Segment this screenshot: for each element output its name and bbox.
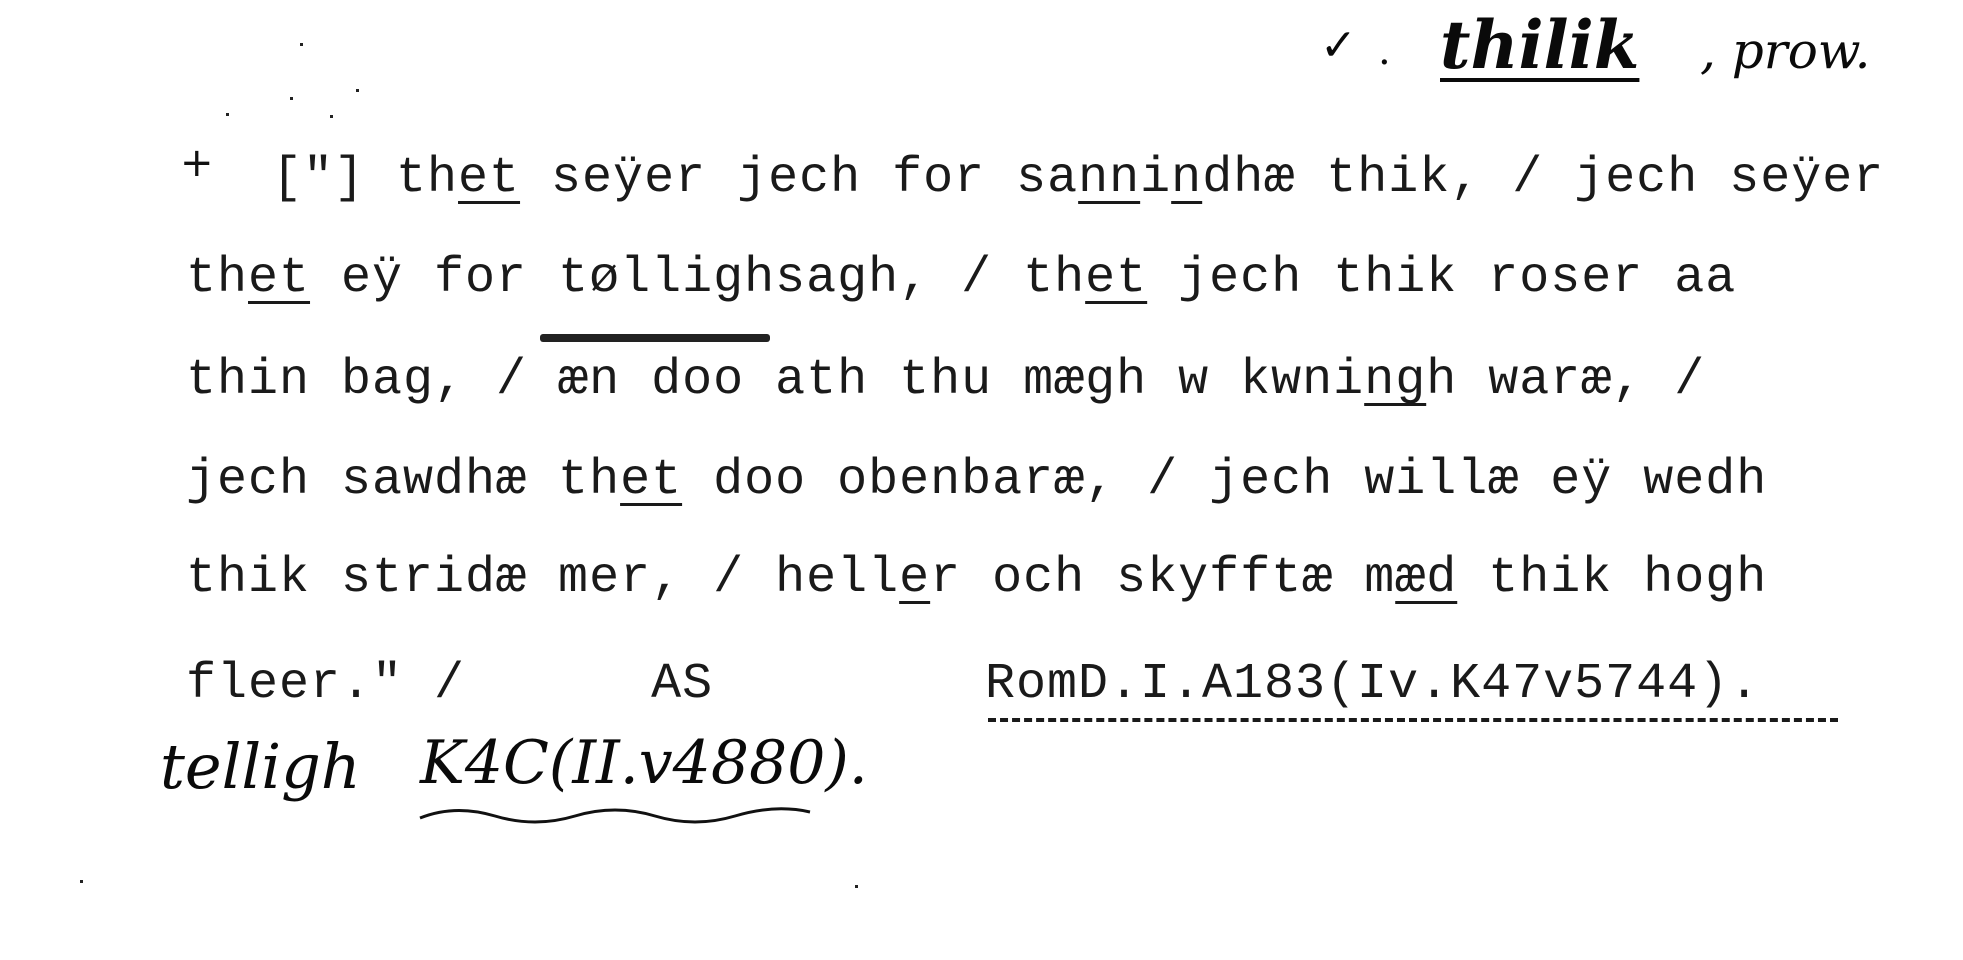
handwritten-variant: telligh [160, 730, 361, 803]
text-segment: thik hogh [1457, 550, 1767, 607]
text-segment: thin bag, / æn doo ath thu mægh w kwni [186, 352, 1364, 409]
text-segment: h waræ, / [1426, 352, 1705, 409]
text-line-4: jech sawdhæ thet doo obenbaræ, / jech wi… [186, 452, 1767, 509]
scan-speck [330, 115, 333, 118]
underlined-text: n [1171, 150, 1202, 207]
text-segment: r och skyfftæ m [930, 550, 1395, 607]
strikethrough-smudge [540, 334, 770, 342]
underlined-text: et [248, 250, 310, 307]
text-segment: thik stridæ mer, / hell [186, 550, 899, 607]
handwritten-reference: K4C(II.v4880). [420, 728, 868, 798]
header-dot: . [1378, 28, 1391, 74]
underlined-text: et [620, 452, 682, 509]
scan-speck [855, 885, 858, 888]
text-line-1: ["] thet seÿer jech for sannindhæ thik, … [272, 150, 1884, 207]
text-segment: eÿ for tøllighsagh, / th [310, 250, 1085, 307]
text-line-3: thin bag, / æn doo ath thu mægh w kwning… [186, 352, 1705, 409]
check-mark-icon: ✓ [1320, 20, 1357, 71]
text-segment: doo obenbaræ, / jech willæ eÿ wedh [682, 452, 1767, 509]
text-segment: i [1140, 150, 1171, 207]
headword: thilik [1440, 6, 1639, 84]
scan-speck [80, 880, 83, 883]
text-line-5: thik stridæ mer, / heller och skyfftæ mæ… [186, 550, 1767, 607]
underlined-text: e [899, 550, 930, 607]
underlined-text: nn [1078, 150, 1140, 207]
wavy-underline [415, 800, 815, 830]
text-segment: jech thik roser aa [1147, 250, 1736, 307]
part-of-speech: , prow. [1700, 22, 1871, 80]
text-segment: dhæ thik, / jech seÿer [1202, 150, 1884, 207]
reference-dashed-underline [988, 718, 1838, 722]
underlined-text: æd [1395, 550, 1457, 607]
text-segment: ["] th [272, 150, 458, 207]
scan-speck [356, 89, 359, 92]
scan-speck [290, 97, 293, 100]
text-line-6: fleer." / AS [186, 656, 713, 713]
underlined-text: ng [1364, 352, 1426, 409]
underlined-text: et [458, 150, 520, 207]
scan-speck [300, 43, 303, 46]
source-reference: RomD.I.A183(Iv.K47v5744). [985, 656, 1760, 713]
text-segment: fleer." / AS [186, 656, 713, 713]
text-segment: jech sawdhæ th [186, 452, 620, 509]
text-line-2: thet eÿ for tøllighsagh, / thet jech thi… [186, 250, 1736, 307]
text-segment: seÿer jech for sa [520, 150, 1078, 207]
text-segment: th [186, 250, 248, 307]
scan-speck [226, 113, 229, 116]
underlined-text: et [1085, 250, 1147, 307]
plus-marker: + [180, 140, 214, 186]
